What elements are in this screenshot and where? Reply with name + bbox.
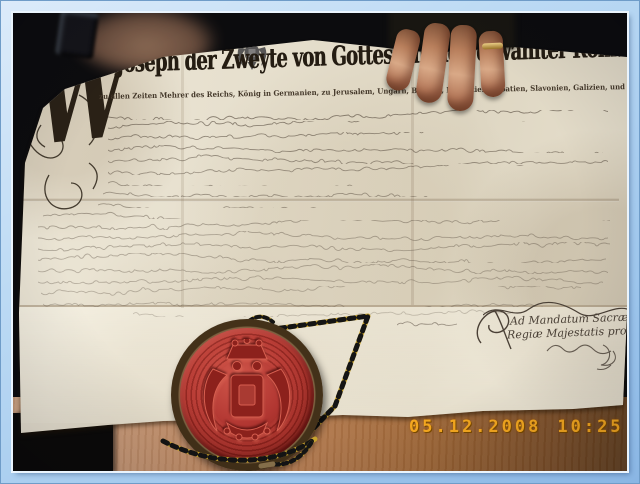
timestamp-time: 10:25 [557,417,623,437]
hand-holding-document [385,13,525,125]
timestamp-date: 05.12.2008 [409,417,541,437]
photograph: W ir Joseph der Zweyte von Gotte [13,13,627,471]
finger [447,24,477,111]
signature-squiggle [545,339,625,373]
handwriting-line [108,138,603,148]
handwriting-line [108,116,606,126]
handwriting-line [38,237,610,247]
handwriting-line [38,270,603,280]
handwriting-line [43,204,611,214]
imperial-coat-of-arms [197,339,297,451]
handwriting-line [108,149,608,159]
photo-frame: W ir Joseph der Zweyte von Gotte [0,0,640,484]
handwriting-line [98,193,610,203]
handwriting-line [108,160,606,170]
handwriting-line [108,105,608,115]
handwriting-line [43,292,543,302]
handwriting-line [108,127,610,137]
handwriting-line [38,226,608,236]
handwriting-line [38,248,606,258]
handwriting-line [108,171,608,181]
wax-seal-case [171,319,323,471]
finger-ring [482,42,503,49]
marginal-note-scribble [397,313,457,323]
handwriting-line [38,259,608,269]
finger [478,30,505,97]
camera-timestamp: 05.12.2008 10:25 [409,417,624,437]
handwriting-line [103,182,608,192]
handwriting-line [41,281,581,291]
handwriting-line [38,215,610,225]
handwriting-line [133,302,513,312]
